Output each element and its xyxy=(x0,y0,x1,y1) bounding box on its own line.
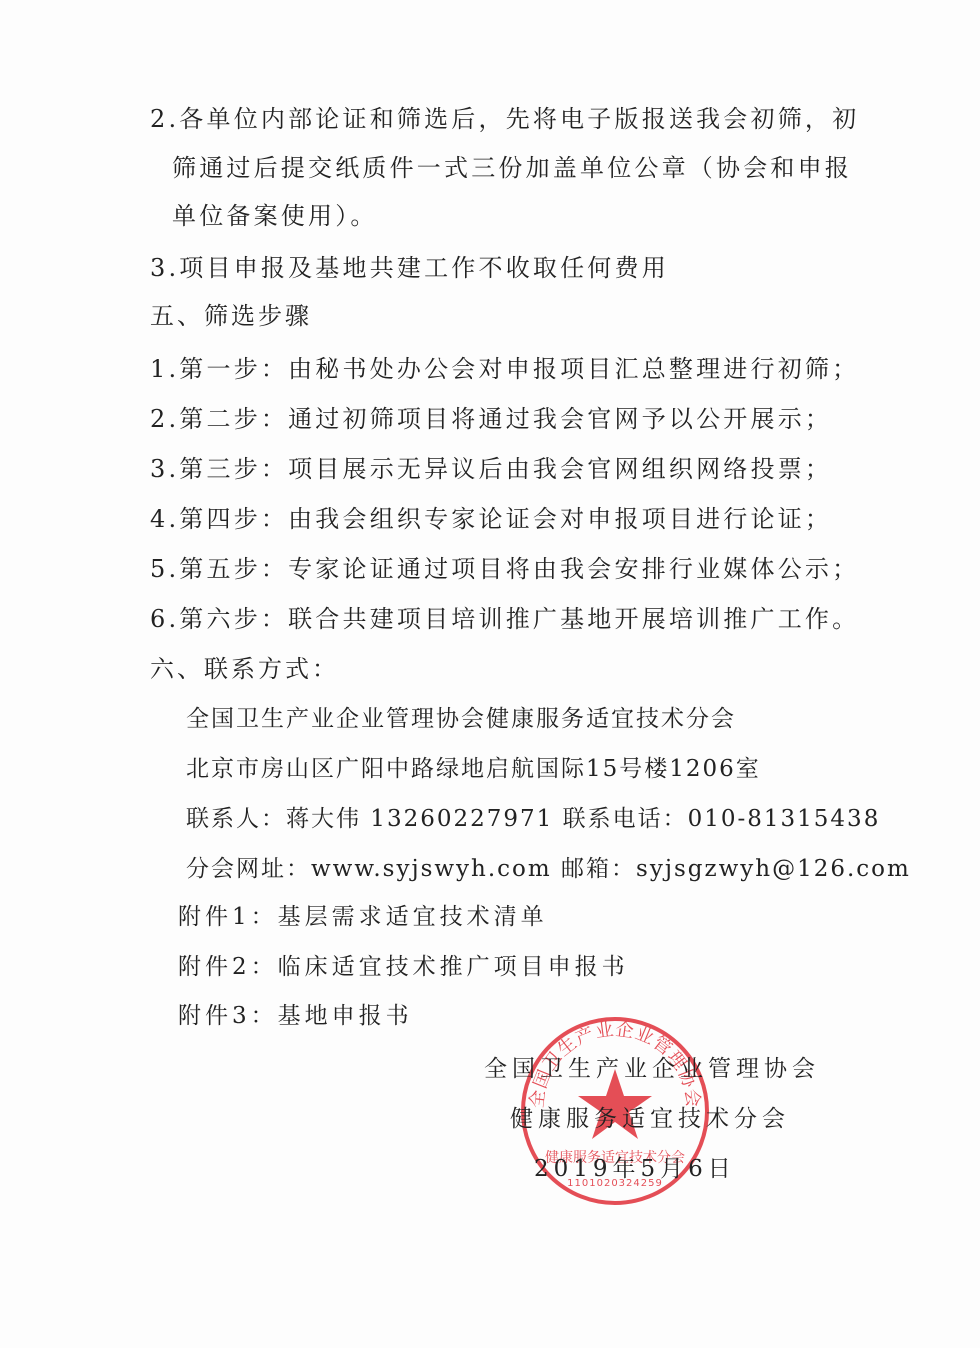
step-6: 6.第六步：联合共建项目培训推广基地开展培训推广工作。 xyxy=(150,604,859,634)
step-5: 5.第五步：专家论证通过项目将由我会安排行业媒体公示； xyxy=(150,554,859,584)
contact-person-phone: 联系人：蒋大伟 13260227971 联系电话：010-81315438 xyxy=(186,804,880,834)
item-2-line-1: 2.各单位内部论证和筛选后，先将电子版报送我会初筛，初 xyxy=(150,104,859,134)
item-3: 3.项目申报及基地共建工作不收取任何费用 xyxy=(150,253,669,283)
section-6-heading: 六、联系方式： xyxy=(150,654,339,684)
attachment-2: 附件2：临床适宜技术推广项目申报书 xyxy=(178,952,629,982)
attachment-3: 附件3：基地申报书 xyxy=(178,1001,413,1031)
signature-org-line-2: 健康服务适宜技术分会 xyxy=(510,1104,790,1134)
contact-address: 北京市房山区广阳中路绿地启航国际15号楼1206室 xyxy=(186,754,761,784)
step-3: 3.第三步：项目展示无异议后由我会官网组织网络投票； xyxy=(150,454,832,484)
document-page: 2.各单位内部论证和筛选后，先将电子版报送我会初筛，初 筛通过后提交纸质件一式三… xyxy=(0,0,980,1348)
contact-organization: 全国卫生产业企业管理协会健康服务适宜技术分会 xyxy=(186,704,736,734)
contact-web-email: 分会网址：www.syjswyh.com 邮箱：syjsgzwyh@126.co… xyxy=(186,854,911,884)
signature-date: 2019年5月6日 xyxy=(534,1154,736,1184)
step-2: 2.第二步：通过初筛项目将通过我会官网予以公开展示； xyxy=(150,404,832,434)
section-5-heading: 五、筛选步骤 xyxy=(150,301,312,331)
item-2-line-2: 筛通过后提交纸质件一式三份加盖单位公章（协会和申报 xyxy=(172,153,852,183)
step-1: 1.第一步：由秘书处办公会对申报项目汇总整理进行初筛； xyxy=(150,354,859,384)
step-4: 4.第四步：由我会组织专家论证会对申报项目进行论证； xyxy=(150,504,832,534)
item-2-line-3: 单位备案使用）。 xyxy=(172,201,378,231)
signature-org-line-1: 全国卫生产业企业管理协会 xyxy=(484,1054,820,1084)
attachment-1: 附件1：基层需求适宜技术清单 xyxy=(178,902,548,932)
